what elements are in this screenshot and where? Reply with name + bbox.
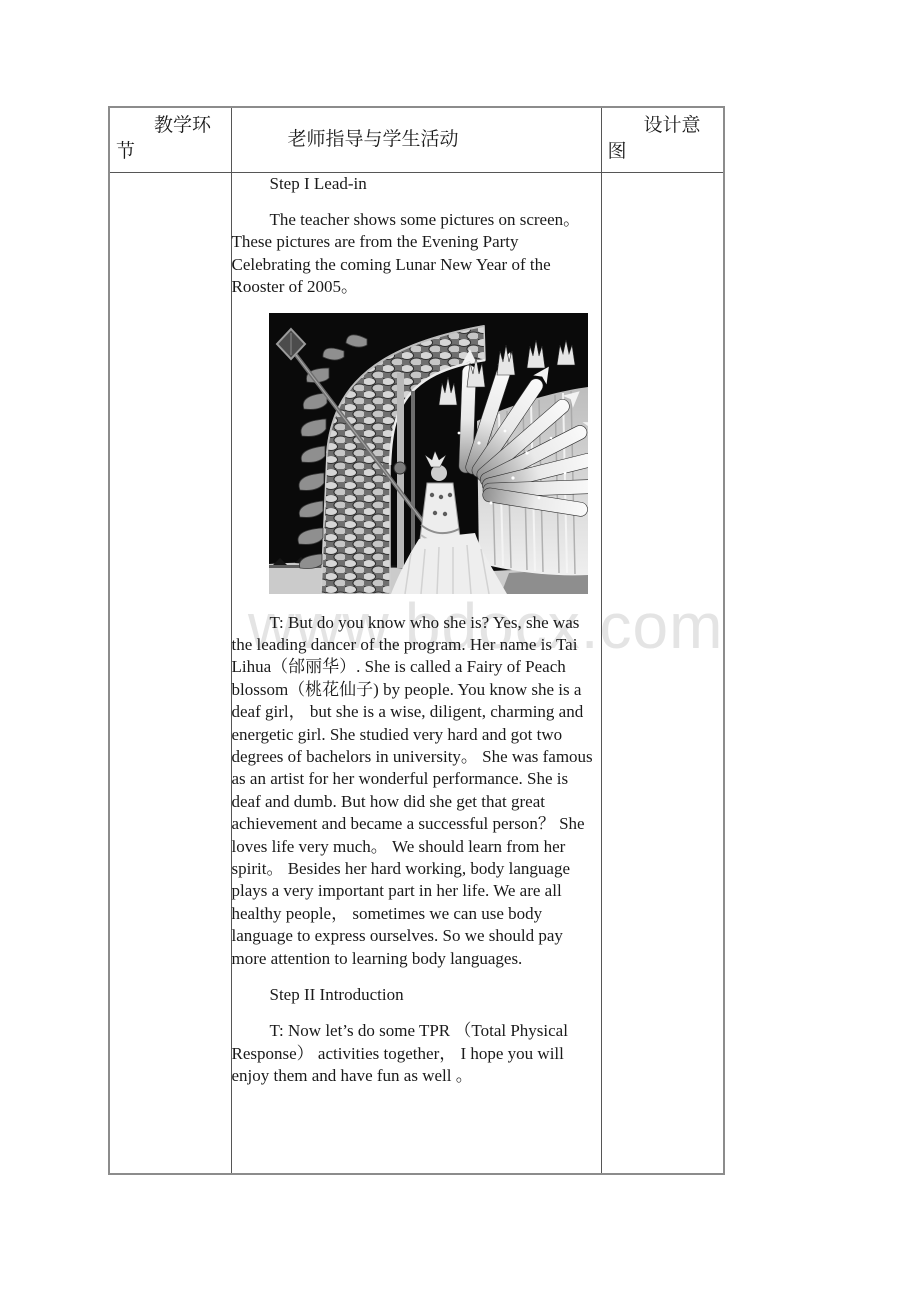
header-cell-design-intent: 设计意图 <box>601 107 724 172</box>
header-cell-teacher-student-activity: 老师指导与学生活动 <box>231 107 601 172</box>
step1-heading: Step I Lead-in <box>232 173 601 195</box>
lesson-plan-table: 教学环节 老师指导与学生活动 设计意图 Step I Lead-in The t… <box>108 106 725 1175</box>
header-label-teaching-stage: 教学环节 <box>116 113 226 165</box>
activity-content-cell: Step I Lead-in The teacher shows some pi… <box>231 172 601 1174</box>
header-cell-teaching-stage: 教学环节 <box>109 107 231 172</box>
design-intent-cell-empty <box>601 172 724 1174</box>
table-body-row: Step I Lead-in The teacher shows some pi… <box>109 172 724 1174</box>
table-header-row: 教学环节 老师指导与学生活动 设计意图 <box>109 107 724 172</box>
guanyin-description-paragraph: T: But do you know who she is? Yes, she … <box>232 612 601 971</box>
header-label-design-intent: 设计意图 <box>608 113 719 165</box>
step2-heading: Step II Introduction <box>232 984 601 1006</box>
teaching-stage-cell-empty <box>109 172 231 1174</box>
performance-photo <box>269 313 588 594</box>
document-page: { "watermark": { "text": "www.bdocx.com"… <box>0 0 920 1302</box>
tpr-paragraph: T: Now let’s do some TPR （Total Physical… <box>232 1020 601 1087</box>
performance-photo-graphic <box>269 313 588 594</box>
lead-in-paragraph: The teacher shows some pictures on scree… <box>232 209 601 299</box>
header-label-teacher-student-activity: 老师指导与学生活动 <box>238 113 596 153</box>
